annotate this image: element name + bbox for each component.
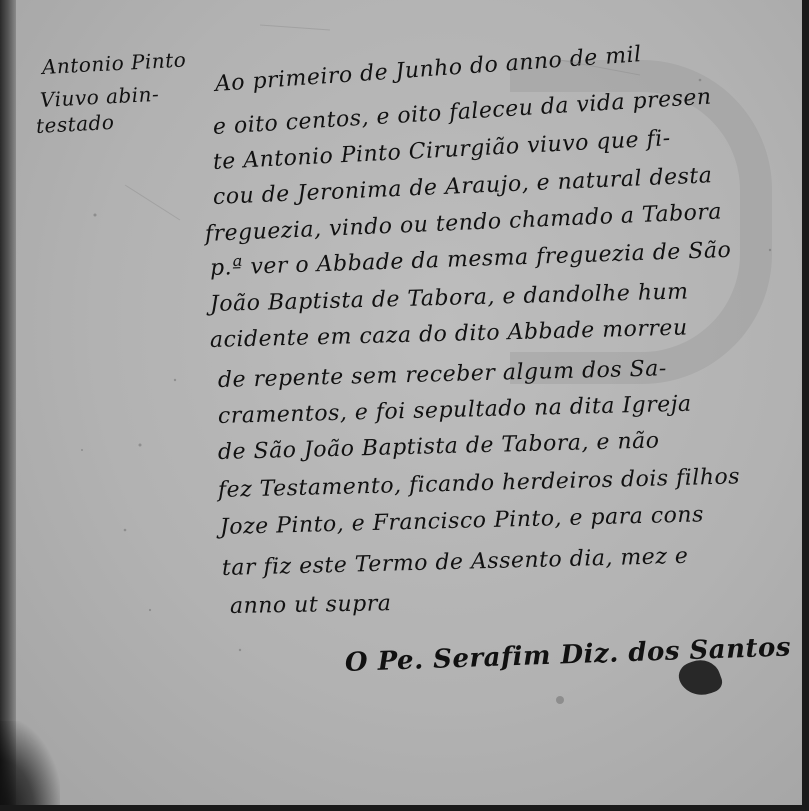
page-bottom-edge bbox=[0, 805, 809, 811]
manuscript-page: Antonio Pinto Viuvo abin- testado Ao pri… bbox=[0, 0, 809, 811]
page-right-edge bbox=[802, 0, 809, 811]
paper-specks bbox=[0, 0, 809, 811]
